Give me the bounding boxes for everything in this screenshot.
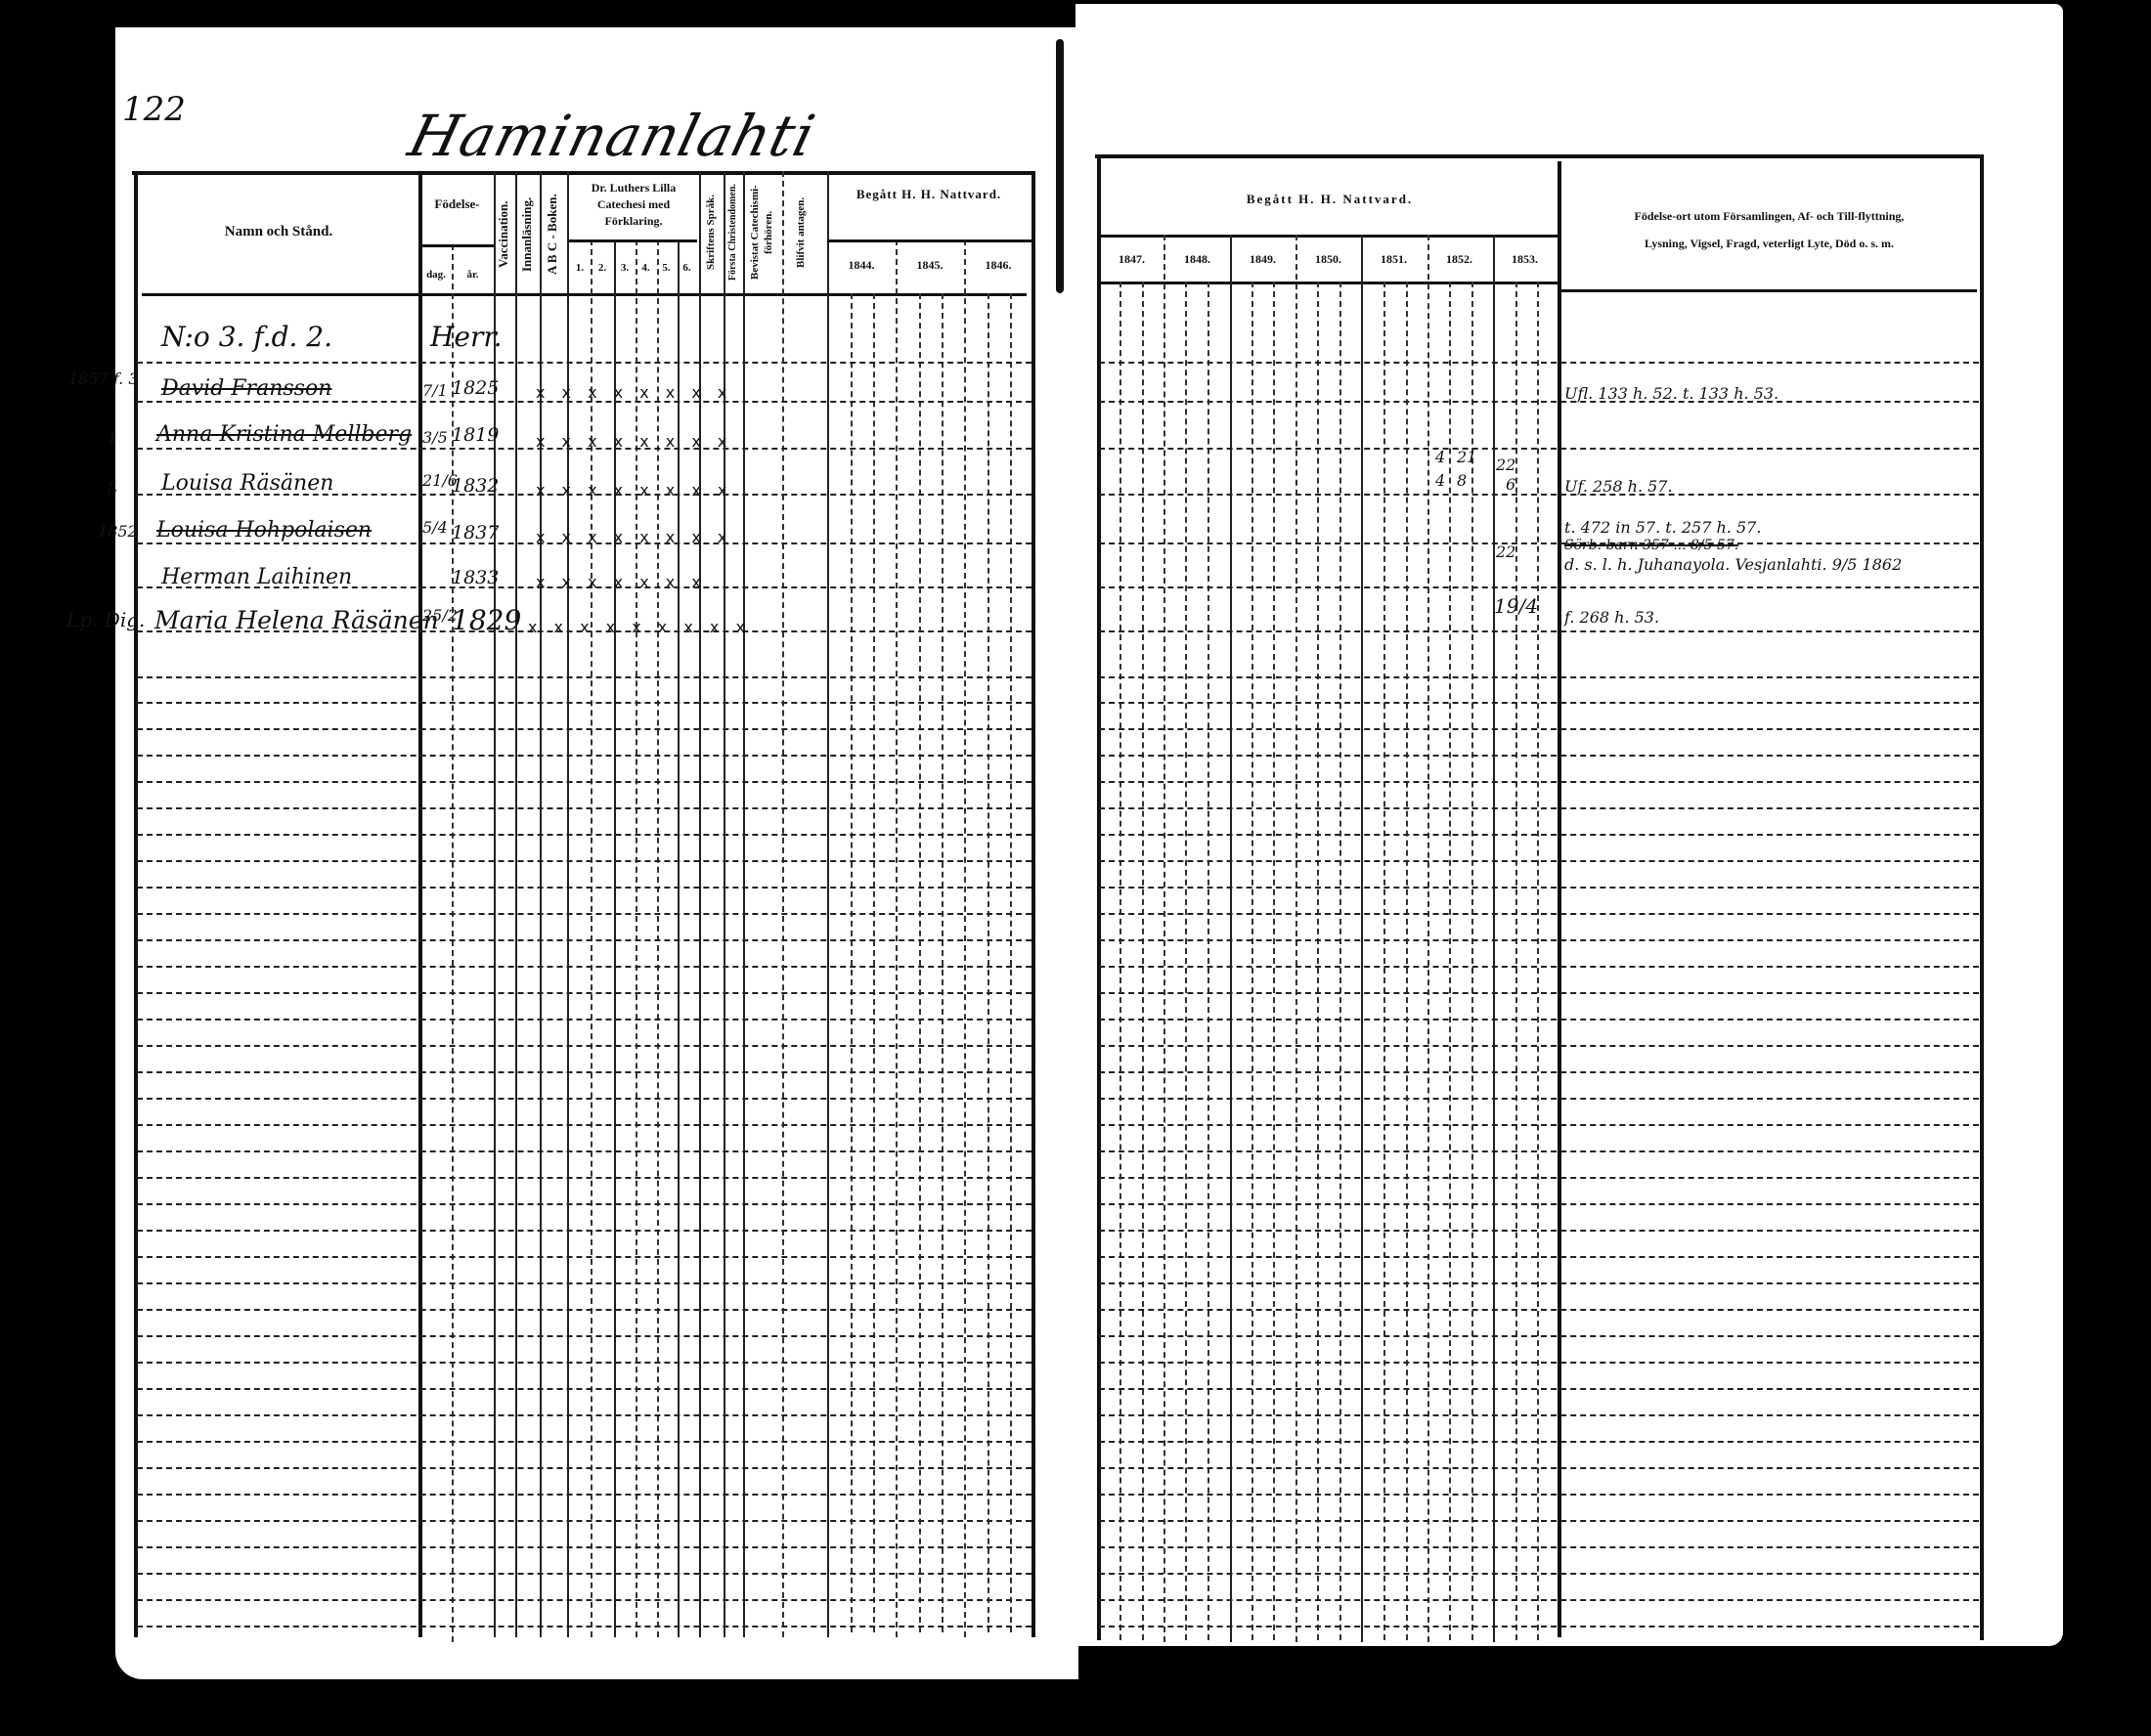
row-line (137, 887, 1032, 889)
margin-note: Lp. Dig. (66, 608, 145, 631)
birth-year: 1825 (452, 377, 499, 399)
row-line (137, 781, 1032, 783)
row-line (1099, 807, 1979, 809)
header-year-1853: 1853. (1492, 252, 1558, 267)
margin-note: 1852 (98, 522, 138, 541)
row-line (1099, 1230, 1979, 1232)
row-line (137, 939, 1032, 941)
row-line (137, 966, 1032, 968)
note-row-5: d. s. l. h. Juhanayola. Vesjanlahti. 9/5… (1564, 555, 1902, 574)
margin-note: 1857 f. 3 (68, 369, 139, 388)
row-line (137, 1045, 1032, 1047)
margin-note: 1 (108, 428, 117, 447)
row-line (1099, 1388, 1979, 1390)
knowledge-marks: x x x x x x x x (536, 383, 732, 402)
row-line (1099, 1309, 1979, 1311)
row-line (137, 1256, 1032, 1258)
row-line (137, 755, 1032, 757)
page-number: 122 (122, 90, 186, 129)
row-line (137, 992, 1032, 994)
house-status: Herr. (430, 321, 503, 353)
row-line (1099, 1520, 1979, 1522)
row-line (1099, 1045, 1979, 1047)
row-line (1099, 1098, 1979, 1100)
row-line (137, 1362, 1032, 1364)
row-line (1099, 1282, 1979, 1284)
row-line (1099, 401, 1979, 403)
row-line (137, 1203, 1032, 1205)
row-line (1099, 494, 1979, 496)
luther-part-5: 5. (656, 262, 677, 274)
row-line (137, 1150, 1032, 1152)
person-name: Louisa Räsänen (161, 471, 333, 496)
header-vaccination: Vaccination. (497, 181, 510, 288)
header-forsta-christendom: Första Christendomen. (726, 176, 740, 288)
header-innanlasning: Innanläsning. (520, 181, 534, 288)
luther-part-2: 2. (591, 262, 614, 274)
row-line (137, 362, 1032, 364)
header-blifvit-antagen: Blifvit antagen. (794, 176, 808, 288)
communion-mark: 8 (1457, 471, 1467, 490)
row-line (137, 807, 1032, 809)
row-line (1099, 939, 1979, 941)
header-year-1852: 1852. (1427, 252, 1492, 267)
row-line (1099, 702, 1979, 704)
row-line (1099, 586, 1979, 588)
header-year-1848: 1848. (1164, 252, 1230, 267)
row-line (1099, 1362, 1979, 1364)
row-line (1099, 834, 1979, 836)
communion-mark: 22 (1496, 456, 1515, 474)
row-line (1099, 542, 1979, 544)
header-year-1851: 1851. (1361, 252, 1427, 267)
row-line (1099, 1256, 1979, 1258)
knowledge-marks: x x x x x x x x (536, 481, 732, 499)
row-line (1099, 1626, 1979, 1627)
row-line (137, 1414, 1032, 1416)
row-line (1099, 1414, 1979, 1416)
row-line (137, 1282, 1032, 1284)
luther-part-4: 4. (636, 262, 656, 274)
row-line (1099, 1177, 1979, 1179)
birth-year: 1819 (452, 424, 499, 446)
communion-mark: 22 (1496, 542, 1515, 561)
header-birth-day: dag. (420, 266, 452, 283)
row-line (1099, 887, 1979, 889)
row-line (137, 1626, 1032, 1627)
row-line (1099, 1546, 1979, 1548)
header-year-1850: 1850. (1295, 252, 1361, 267)
header-year-1846: 1846. (964, 256, 1032, 274)
note-row-4b: Sörb. barn 357 ... 8/5 57. (1564, 538, 1738, 553)
row-line (1099, 1203, 1979, 1205)
row-line (137, 676, 1032, 678)
row-line (1099, 781, 1979, 783)
row-line (137, 1388, 1032, 1390)
person-name: Herman Laihinen (161, 565, 352, 589)
row-line (1099, 728, 1979, 730)
row-line (137, 1441, 1032, 1443)
row-line (1099, 1019, 1979, 1020)
header-notes-line1: Födelse-ort utom Församlingen, Af- och T… (1561, 207, 1977, 225)
row-line (1099, 1124, 1979, 1126)
header-abc-boken: A B C - Boken. (546, 181, 559, 288)
communion-mark: 19/4 (1494, 594, 1538, 618)
row-line (1099, 448, 1979, 450)
row-line (137, 1309, 1032, 1311)
row-line (1099, 676, 1979, 678)
knowledge-marks: x x x x x x x x (536, 528, 732, 546)
row-line (1099, 1494, 1979, 1496)
communion-mark: 4 (1435, 448, 1445, 466)
row-line (1099, 1335, 1979, 1337)
row-line (1099, 1441, 1979, 1443)
header-year-1845: 1845. (896, 256, 964, 274)
note-row-3: Uf. 258 h. 57. (1564, 477, 1673, 496)
row-line (1099, 630, 1979, 632)
header-notes-line2: Lysning, Vigsel, Fragd, veterligt Lyte, … (1561, 235, 1977, 252)
note-row-6: f. 268 h. 53. (1564, 608, 1659, 627)
header-name: Namn och Stånd. (147, 223, 411, 240)
header-communion-right: Begått H. H. Nattvard. (1105, 191, 1555, 208)
right-year-headers: 1847. 1848. 1849. 1850. 1851. 1852. 1853… (1099, 252, 1558, 267)
village-heading: Haminanlahti (403, 103, 822, 169)
birth-year: 1837 (452, 522, 499, 543)
row-line (137, 1177, 1032, 1179)
person-name: Louisa Hohpolaisen (156, 518, 372, 542)
header-birth-year: år. (452, 266, 494, 283)
person-name: Maria Helena Räsänen (154, 606, 439, 634)
header-birth: Födelse- (420, 195, 494, 213)
header-year-1844: 1844. (827, 256, 896, 274)
row-line (137, 1467, 1032, 1469)
header-year-1849: 1849. (1230, 252, 1295, 267)
luther-part-6: 6. (677, 262, 697, 274)
row-line (137, 702, 1032, 704)
row-line (1099, 1573, 1979, 1575)
left-page (115, 27, 1078, 1679)
header-communion-left: Begått H. H. Nattvard. (841, 186, 1017, 203)
margin-note: f. (108, 477, 117, 496)
header-year-1847: 1847. (1099, 252, 1164, 267)
header-luther-catechism: Dr. Luthers Lilla Catechesi med Förklari… (572, 180, 695, 230)
birth-day-month: 3/5 (422, 428, 448, 447)
house-number: N:o 3. f.d. 2. (161, 321, 332, 353)
row-line (137, 913, 1032, 915)
birth-day-month: 5/4 (422, 518, 448, 537)
row-line (137, 1098, 1032, 1100)
birth-day-month: 7/1 (422, 381, 448, 400)
row-line (137, 1520, 1032, 1522)
row-line (1099, 1071, 1979, 1073)
header-bevistat-catechismi: Bevistat Catechismi-förhören. (748, 176, 777, 288)
row-line (137, 1546, 1032, 1548)
row-line (1099, 1150, 1979, 1152)
person-name: Anna Kristina Mellberg (156, 422, 412, 447)
birth-year: 1832 (452, 475, 499, 497)
book-spine (1056, 39, 1064, 293)
communion-mark: 4 (1435, 471, 1445, 490)
person-name: David Fransson (161, 376, 331, 401)
row-line (1099, 1599, 1979, 1601)
communion-mark: 21 (1457, 448, 1476, 466)
luther-part-1: 1. (569, 262, 591, 274)
row-line (1099, 1467, 1979, 1469)
row-line (1099, 362, 1979, 364)
note-row-1: Ufl. 133 h. 52. t. 133 h. 53. (1564, 384, 1778, 403)
birth-year: 1829 (452, 604, 521, 636)
luther-part-3: 3. (614, 262, 636, 274)
row-line (137, 1124, 1032, 1126)
row-line (137, 1019, 1032, 1020)
note-row-4a: t. 472 in 57. t. 257 h. 57. (1564, 518, 1761, 537)
row-line (1099, 913, 1979, 915)
row-line (1099, 755, 1979, 757)
luther-parts: 1. 2. 3. 4. 5. 6. (569, 262, 697, 274)
row-line (137, 728, 1032, 730)
row-line (1099, 966, 1979, 968)
row-line (1099, 992, 1979, 994)
row-line (137, 1230, 1032, 1232)
row-line (137, 860, 1032, 862)
row-line (137, 1335, 1032, 1337)
knowledge-marks: x x x x x x x (536, 573, 707, 591)
row-line (137, 1494, 1032, 1496)
header-skriftens-sprak: Skriftens Språk. (704, 176, 718, 288)
row-line (137, 1573, 1032, 1575)
row-line (137, 1071, 1032, 1073)
row-line (137, 1599, 1032, 1601)
row-line (137, 834, 1032, 836)
birth-year: 1833 (452, 567, 499, 588)
communion-mark: 6 (1506, 475, 1515, 494)
row-line (1099, 860, 1979, 862)
knowledge-marks: x x x x x x x x x (528, 618, 751, 636)
knowledge-marks: x x x x x x x x (536, 432, 732, 451)
